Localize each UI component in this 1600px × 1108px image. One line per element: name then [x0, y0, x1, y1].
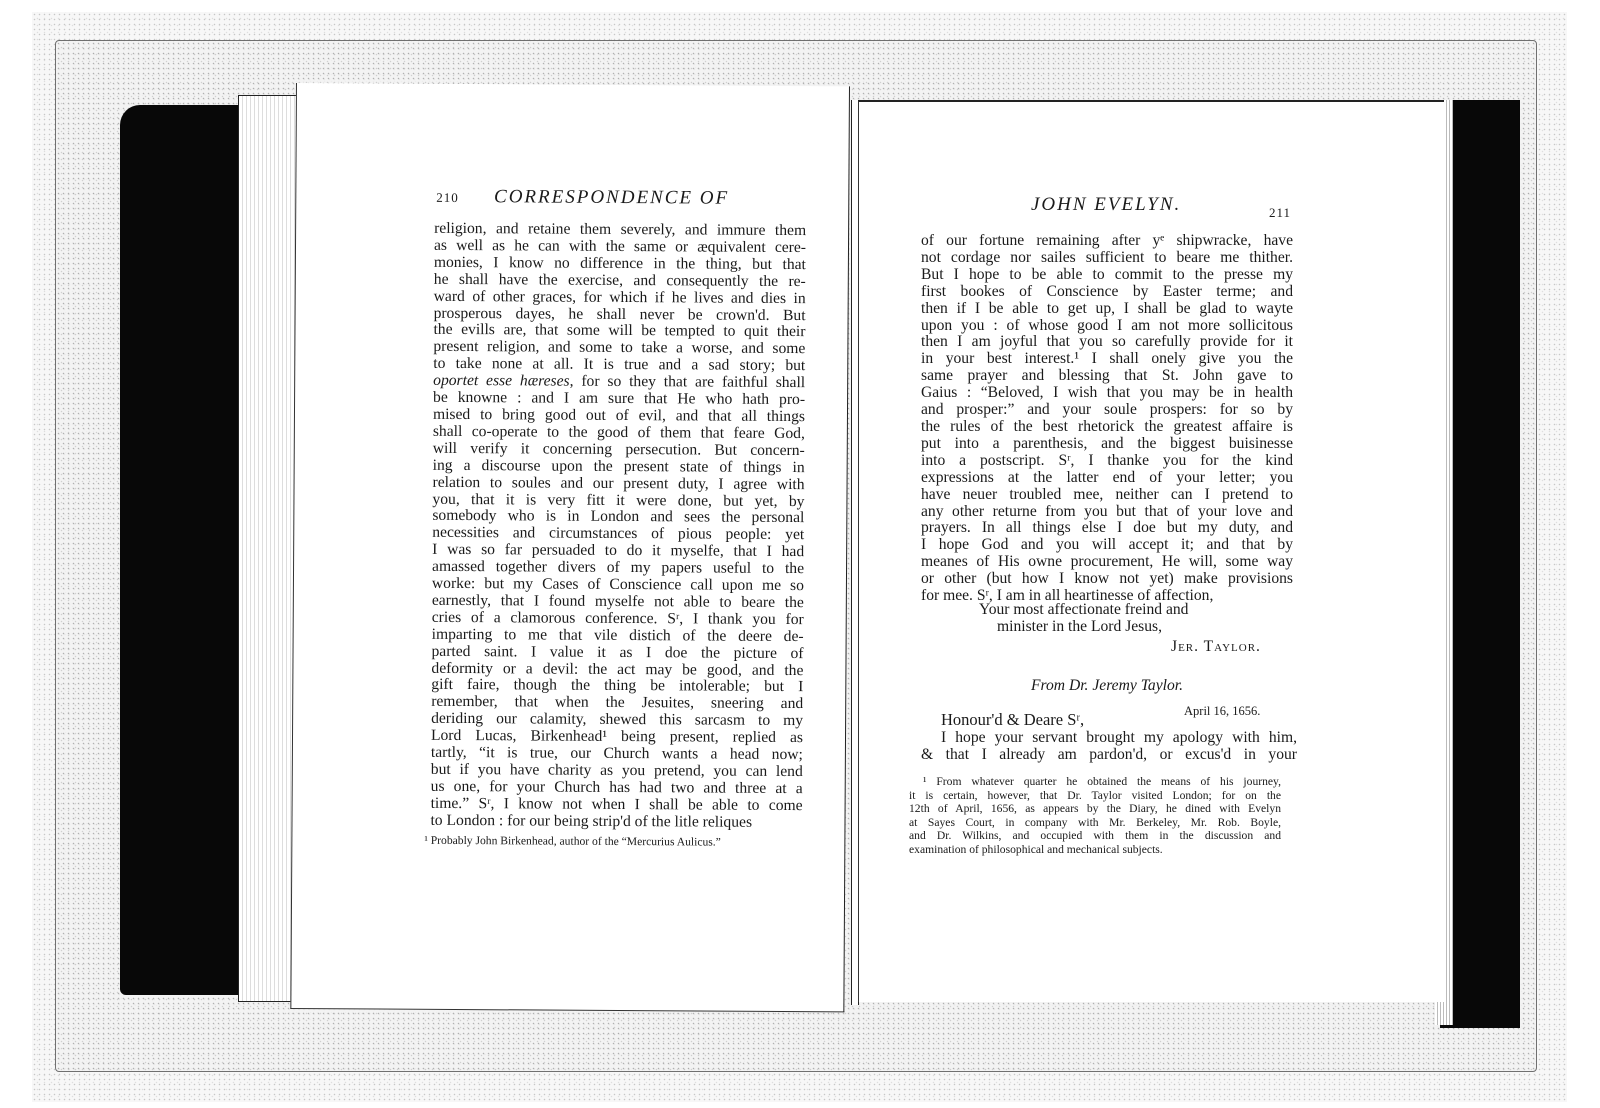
- text-line: examination of philosophical and mechani…: [909, 843, 1281, 857]
- letter-salutation: Honour'd & Deare Sʳ,: [941, 712, 1084, 729]
- left-body-text: religion, and retaine them severely, and…: [430, 221, 806, 832]
- text-line: then if I be able to get up, I shall be …: [921, 301, 1293, 318]
- text-line: any other returne from you but that of y…: [921, 504, 1293, 521]
- letter-date: April 16, 1656.: [1184, 705, 1260, 719]
- text-line: put into a parenthesis, and the biggest …: [921, 436, 1293, 453]
- text-line: in your best interest.¹ I shall onely gi…: [921, 351, 1293, 368]
- text-line: upon you : of whose good I am not more s…: [921, 318, 1293, 335]
- text-line: expressions at the latter end of your le…: [921, 470, 1293, 487]
- closing-line-1: Your most affectionate freind and: [979, 602, 1279, 619]
- text-line: & that I already am pardon'd, or excus'd…: [921, 747, 1297, 764]
- text-line: of our fortune remaining after yᵉ shipwr…: [921, 233, 1293, 250]
- text-line: Gaius : “Beloved, I wish that you may be…: [921, 385, 1293, 402]
- text-line: meanes of His owne procurement, He will,…: [921, 554, 1293, 571]
- right-running-head: JOHN EVELYN.: [1031, 194, 1181, 216]
- italic-phrase: oportet esse hæreses: [433, 372, 570, 390]
- left-running-title: CORRESPONDENCE OF: [494, 186, 729, 208]
- text-line: I hope your servant brought my apology w…: [921, 730, 1297, 747]
- closing-block: Your most affectionate freind and minist…: [979, 602, 1279, 636]
- right-page-number: 211: [1269, 205, 1291, 220]
- text-line: then I am joyful that you so carefully p…: [921, 334, 1293, 351]
- text-line: to London : for our being strip'd of the…: [430, 813, 802, 832]
- footnote-text: ¹ Probably John Birkenhead, author of th…: [424, 834, 721, 849]
- left-footnote: ¹ Probably John Birkenhead, author of th…: [424, 834, 804, 850]
- text-line: I hope God and you will accept it; and t…: [921, 537, 1293, 554]
- right-footnote: ¹ From whatever quarter he obtained the …: [909, 775, 1281, 857]
- text-line: and Dr. Wilkins, and occupied with them …: [909, 829, 1281, 843]
- right-running-title: JOHN EVELYN.: [1031, 194, 1181, 215]
- left-page-number: 210: [436, 190, 459, 205]
- closing-line-2: minister in the Lord Jesus,: [979, 619, 1279, 636]
- text-line: into a postscript. Sʳ, I thanke you for …: [921, 453, 1293, 470]
- text-line: not cordage nor sailes sufficient to bea…: [921, 250, 1293, 267]
- text-line: have neuer troubled mee, neither can I p…: [921, 487, 1293, 504]
- text-line: ¹ From whatever quarter he obtained the …: [909, 775, 1281, 789]
- text-line: and prosper:” and your soule prospers: f…: [921, 402, 1293, 419]
- text-line: 12th of April, 1656, as appears by the D…: [909, 802, 1281, 816]
- text-line: the rules of the best rhetorick the grea…: [921, 419, 1293, 436]
- left-running-head: 210 CORRESPONDENCE OF: [436, 186, 816, 210]
- text-line: it is certain, however, that Dr. Taylor …: [909, 789, 1281, 803]
- right-page: JOHN EVELYN. 211 of our fortune remainin…: [858, 100, 1444, 1002]
- letter-body: I hope your servant brought my apology w…: [921, 730, 1297, 764]
- text-line: first bookes of Conscience by Easter ter…: [921, 284, 1293, 301]
- right-page-number-wrap: 211: [1269, 202, 1291, 222]
- right-body-text: of our fortune remaining after yᵉ shipwr…: [921, 233, 1293, 605]
- text-line: But I hope to be able to commit to the p…: [921, 267, 1293, 284]
- text-line: at Sayes Court, in company with Mr. Berk…: [909, 816, 1281, 830]
- text-line: prayers. In all things else I doe but my…: [921, 520, 1293, 537]
- text-line: or other (but how I know not yet) make p…: [921, 571, 1293, 588]
- letter-heading: From Dr. Jeremy Taylor.: [921, 678, 1293, 695]
- signature: Jer. Taylor.: [1171, 639, 1261, 656]
- left-page: 210 CORRESPONDENCE OF religion, and reta…: [290, 83, 850, 1012]
- text-line: same prayer and blessing that St. John g…: [921, 368, 1293, 385]
